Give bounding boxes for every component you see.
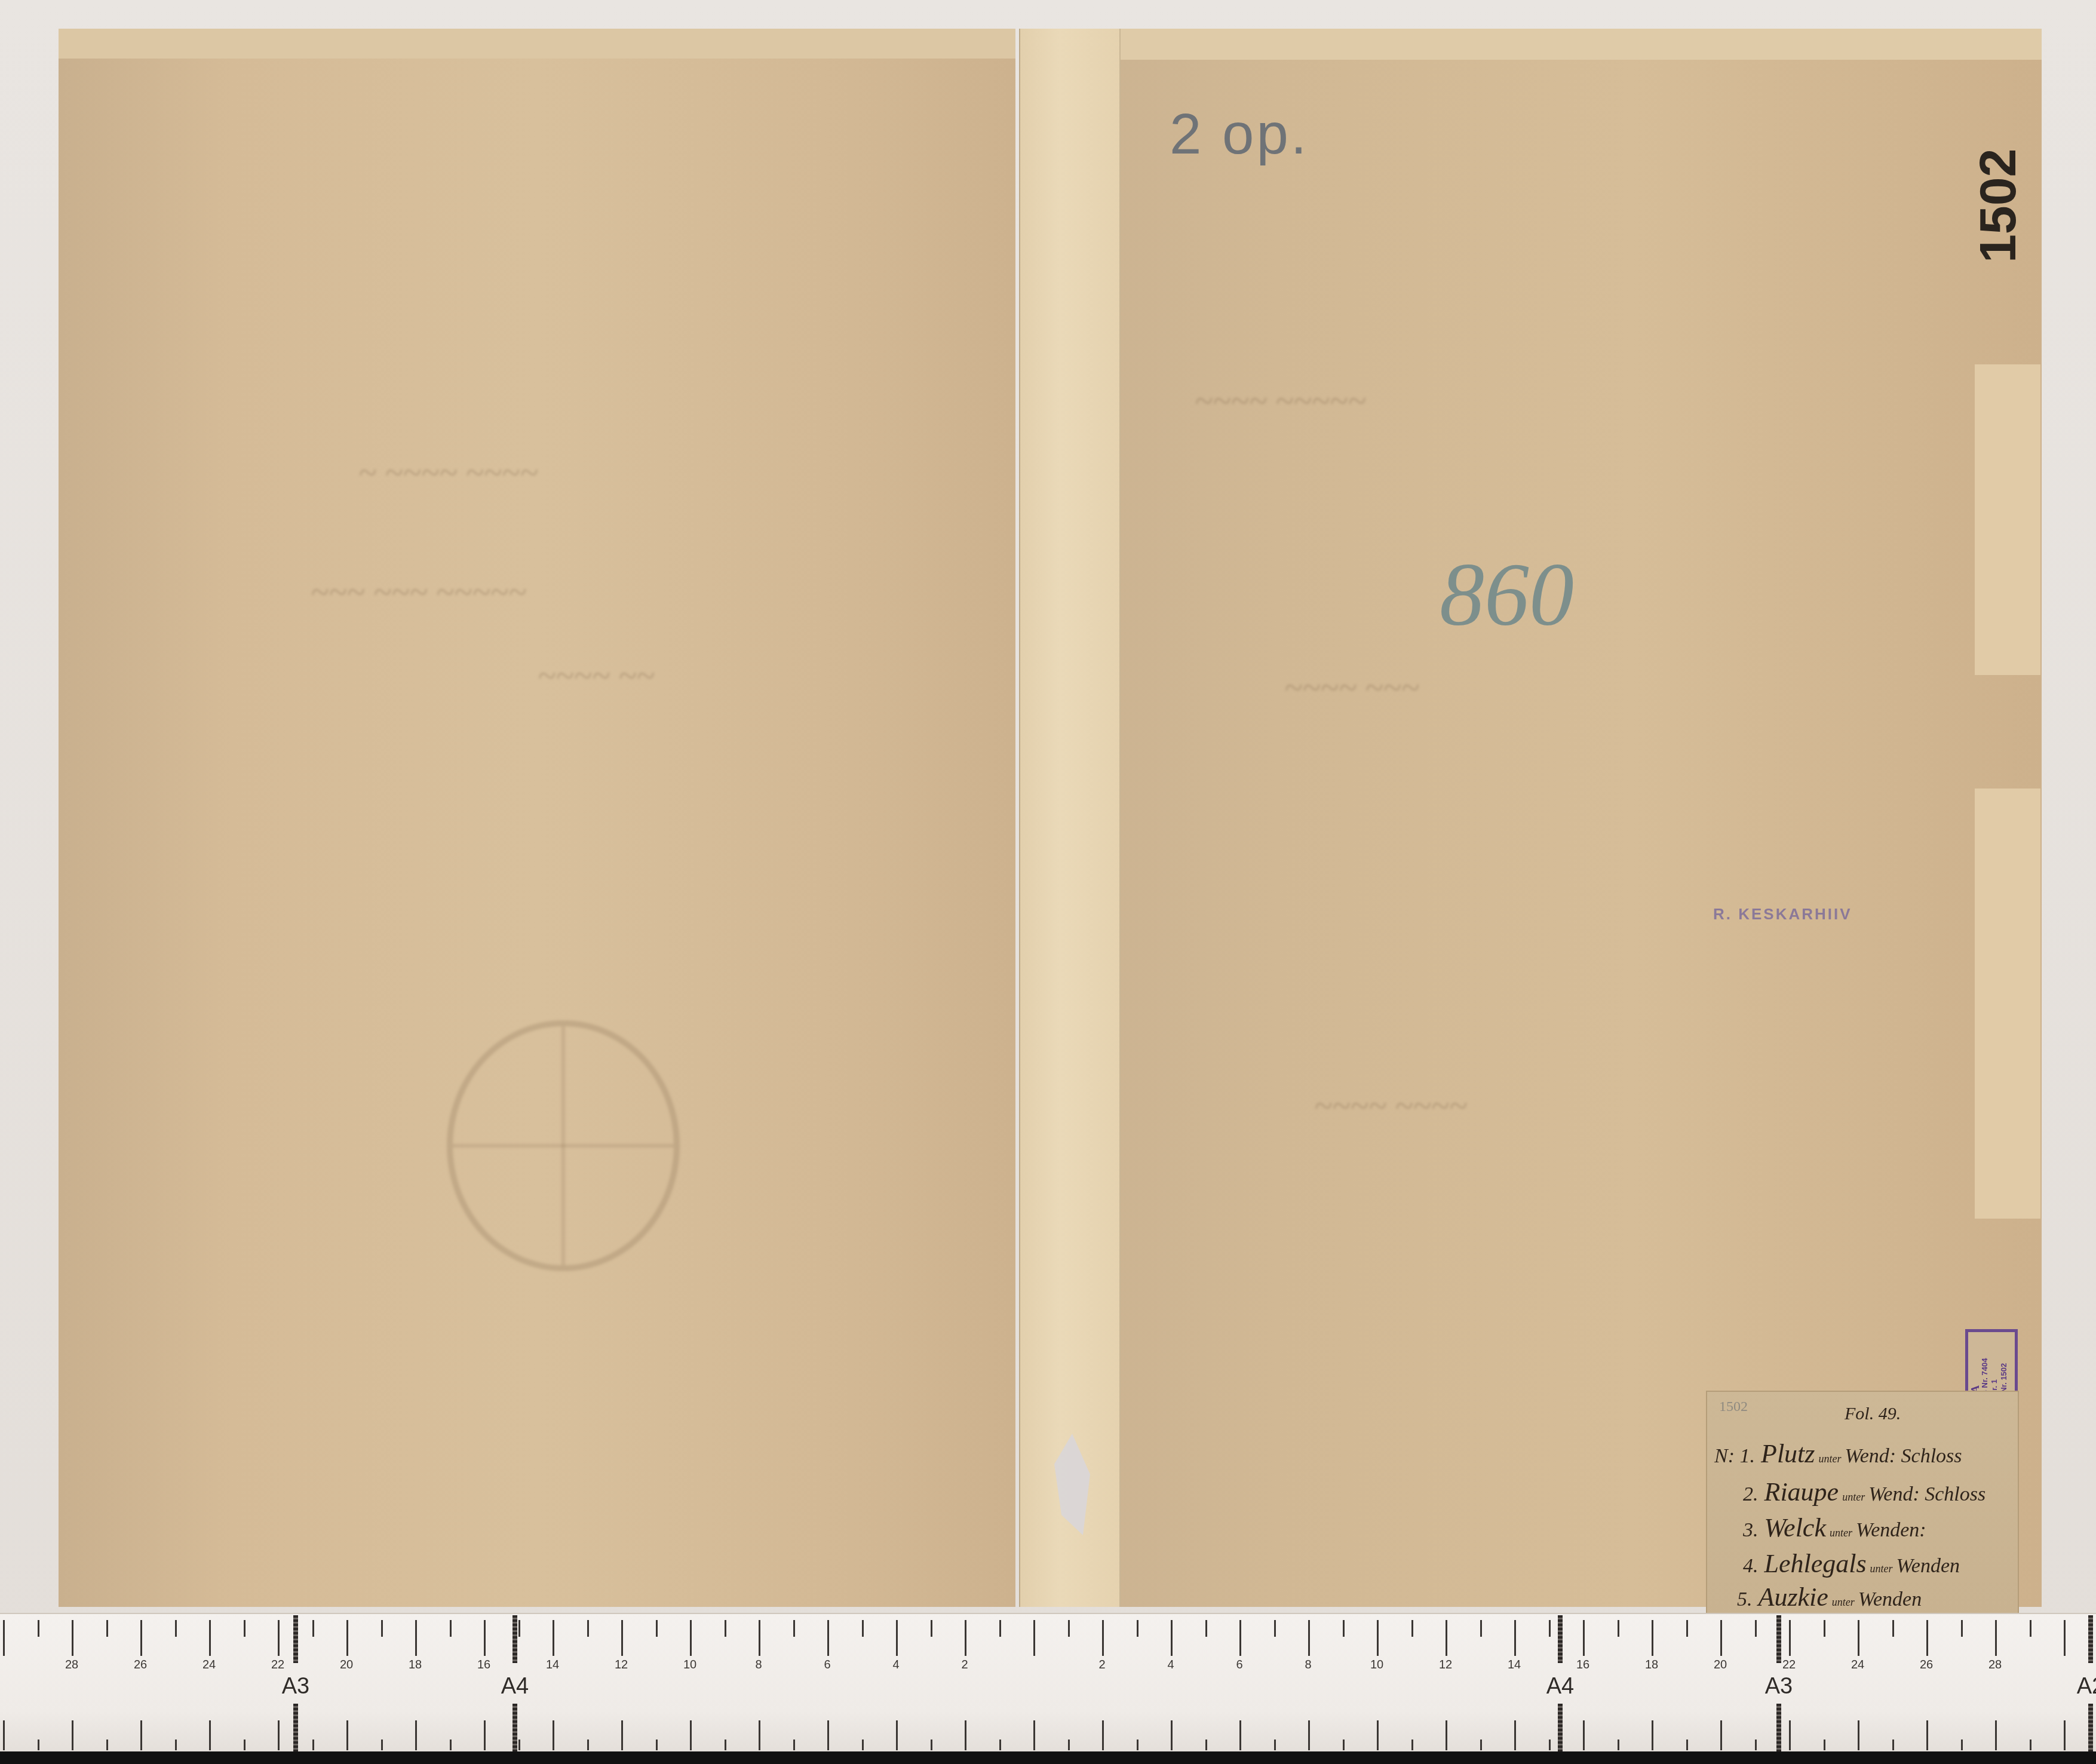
ruler-tick — [1068, 1620, 1070, 1637]
ruler-tick — [1308, 1620, 1310, 1656]
ruler-tick — [2030, 1620, 2031, 1637]
ruler-tick — [1858, 1720, 1859, 1750]
label-entry: 3.WelckunterWenden: — [1743, 1513, 1926, 1543]
ruler-tick — [1618, 1620, 1619, 1637]
ruler-tick — [621, 1620, 623, 1656]
ruler-tick — [690, 1620, 692, 1656]
ruler-tick-label: 4 — [1167, 1658, 1174, 1672]
ruler-tick — [3, 1720, 5, 1750]
ruler-tick — [381, 1620, 383, 1637]
show-through-text: ~~~~ ~~~~~ — [1195, 382, 1366, 421]
ruler-tick-label: 16 — [477, 1658, 490, 1672]
ruler-tick — [1824, 1620, 1825, 1637]
ruler-tick — [278, 1620, 280, 1656]
ruler-tick — [1755, 1620, 1757, 1637]
entry-number: 4. — [1743, 1555, 1759, 1577]
ruler-tick — [896, 1720, 898, 1750]
ruler-tick — [793, 1620, 795, 1637]
ruler-tick — [346, 1720, 348, 1750]
show-through-text: ~~~~ ~~~~ — [1314, 1087, 1467, 1125]
ruler-tick — [1720, 1720, 1722, 1750]
ruler-tick — [896, 1620, 898, 1656]
ruler-tick — [140, 1720, 142, 1750]
scanner-edge — [0, 1751, 2096, 1764]
ruler-tick — [1961, 1740, 1963, 1750]
label-entry: 5.AuzkieunterWenden — [1737, 1582, 1922, 1612]
label-entry: 4.LehlegalsunterWenden — [1743, 1548, 1960, 1579]
ruler-tick-label: 6 — [1236, 1658, 1242, 1672]
ruler-tick-label: 12 — [1439, 1658, 1452, 1672]
catalogue-label: 1502 Fol. 49. N: 1.PlutzunterWend: Schlo… — [1706, 1391, 2019, 1614]
ruler-tick — [278, 1720, 280, 1750]
ruler-tick — [587, 1740, 589, 1750]
entry-sub: unter — [1830, 1527, 1852, 1539]
ruler-tick-label: 2 — [1098, 1658, 1105, 1672]
ruler-tick-label: 14 — [546, 1658, 559, 1672]
ruler-tick — [553, 1620, 554, 1656]
ruler-tick — [415, 1620, 417, 1656]
entry-name: Lehlegals — [1764, 1549, 1867, 1578]
pencil-note-860: 860 — [1440, 544, 1574, 646]
ruler-tick — [1892, 1740, 1894, 1750]
label-folio: Fol. 49. — [1845, 1404, 1901, 1424]
ruler-tick — [827, 1720, 829, 1750]
ruler-tick — [1446, 1620, 1447, 1656]
ruler-tick-label: 6 — [824, 1658, 830, 1672]
ruler-tick-label: 20 — [340, 1658, 353, 1672]
ruler-tick — [862, 1620, 864, 1637]
ruler-tick-label: 12 — [615, 1658, 628, 1672]
ruler-tick — [209, 1720, 211, 1750]
ruler-tick — [656, 1740, 658, 1750]
entry-sub: unter — [1832, 1596, 1855, 1608]
entry-sub: unter — [1842, 1491, 1865, 1503]
ruler-tick — [1652, 1720, 1653, 1750]
ruler-tick — [244, 1740, 245, 1750]
paper-top-strip — [1019, 29, 2042, 60]
ruler-tick-label: 24 — [1851, 1658, 1864, 1672]
purple-line-stamp: R. KESKARHIIV — [1713, 905, 1852, 924]
ruler-tick — [587, 1620, 589, 1637]
entry-place: Wend: Schloss — [1868, 1483, 1985, 1505]
ruler-tick — [484, 1720, 486, 1750]
ink-sheet-number: 1502 — [1969, 143, 2040, 263]
ruler-tick-label: 4 — [892, 1658, 899, 1672]
ruler-tick — [106, 1740, 108, 1750]
ruler-tick — [1480, 1620, 1482, 1637]
ruler-tick — [1789, 1720, 1791, 1750]
ruler-tick — [827, 1620, 829, 1656]
paper-size-label: A3 — [282, 1674, 309, 1699]
ruler-tick — [1411, 1620, 1413, 1637]
map-sheet-left — [59, 29, 1015, 1607]
ruler-tick — [312, 1620, 314, 1637]
ruler-tick — [1480, 1740, 1482, 1750]
ruler-tick — [759, 1620, 760, 1656]
ruler-tick — [1995, 1620, 1997, 1656]
entry-place: Wenden — [1896, 1555, 1960, 1577]
paper-repair-patch — [1975, 364, 2040, 675]
ruler-tick-label: 14 — [1508, 1658, 1521, 1672]
ruler-tick — [1926, 1720, 1928, 1750]
paper-size-mark — [513, 1615, 517, 1663]
paper-repair-patch — [1975, 789, 2040, 1219]
label-entry: N: 1.PlutzunterWend: Schloss — [1714, 1438, 1962, 1469]
ruler-tick — [106, 1620, 108, 1637]
ruler-tick — [1343, 1620, 1345, 1637]
ruler-tick — [1274, 1620, 1276, 1637]
ruler-tick — [2064, 1620, 2066, 1656]
entry-place: Wend: Schloss — [1845, 1445, 1962, 1467]
measurement-ruler: 2826242220181614121086422468101214161820… — [0, 1613, 2096, 1753]
ruler-tick — [1892, 1620, 1894, 1637]
ruler-tick — [484, 1620, 486, 1656]
ruler-tick — [72, 1720, 73, 1750]
paper-size-mark — [293, 1615, 298, 1663]
paper-size-label: A2 — [2077, 1674, 2096, 1699]
ruler-tick — [1137, 1620, 1138, 1637]
ruler-tick — [553, 1720, 554, 1750]
paper-size-mark — [513, 1704, 517, 1751]
entry-number: 2. — [1743, 1483, 1759, 1505]
ruler-tick — [209, 1620, 211, 1656]
paper-size-mark — [1776, 1704, 1781, 1751]
ruler-tick — [1205, 1620, 1207, 1637]
ruler-tick — [1068, 1740, 1070, 1750]
entry-number: N: 1. — [1714, 1445, 1755, 1467]
entry-sub: unter — [1870, 1563, 1893, 1575]
ruler-tick — [518, 1620, 520, 1637]
ruler-tick — [1274, 1740, 1276, 1750]
ruler-tick — [1549, 1740, 1551, 1750]
ruler-tick-label: 16 — [1576, 1658, 1589, 1672]
ruler-tick — [1926, 1620, 1928, 1656]
show-through-text: ~~~ ~~~ ~~~~~ — [311, 573, 526, 612]
ruler-tick — [1583, 1620, 1585, 1656]
compass-rose-show-through — [447, 1020, 680, 1271]
ruler-tick-label: 8 — [1305, 1658, 1311, 1672]
ruler-tick — [999, 1620, 1001, 1637]
ruler-tick — [759, 1720, 760, 1750]
paper-size-label: A4 — [501, 1674, 529, 1699]
ruler-tick — [175, 1740, 177, 1750]
ruler-tick — [72, 1620, 73, 1656]
ruler-tick-label: 26 — [134, 1658, 147, 1672]
show-through-text: ~~~~ ~~~ — [1284, 669, 1419, 707]
ruler-tick — [1411, 1740, 1413, 1750]
ruler-tick-label: 10 — [683, 1658, 696, 1672]
entry-number: 3. — [1743, 1519, 1759, 1541]
pencil-note-2op: 2 op. — [1170, 102, 1309, 167]
ruler-tick — [140, 1620, 142, 1656]
ruler-tick — [725, 1620, 726, 1637]
paper-size-mark — [2088, 1704, 2093, 1751]
ruler-tick — [725, 1740, 726, 1750]
paper-top-strip — [59, 29, 1015, 59]
ruler-tick-label: 10 — [1370, 1658, 1383, 1672]
ruler-tick — [690, 1720, 692, 1750]
center-fold-spine — [1019, 29, 1121, 1607]
ruler-tick-label: 28 — [65, 1658, 78, 1672]
ruler-tick — [793, 1740, 795, 1750]
ruler-tick — [1549, 1620, 1551, 1637]
ruler-tick — [346, 1620, 348, 1656]
entry-name: Welck — [1764, 1513, 1826, 1542]
paper-size-mark — [1558, 1615, 1563, 1663]
ruler-tick — [1824, 1740, 1825, 1750]
ruler-tick — [1755, 1740, 1757, 1750]
ruler-tick — [1789, 1620, 1791, 1656]
ruler-tick — [1239, 1720, 1241, 1750]
ruler-tick — [450, 1620, 452, 1637]
ruler-tick — [1171, 1720, 1173, 1750]
ruler-tick — [1239, 1620, 1241, 1656]
ruler-tick — [1446, 1720, 1447, 1750]
ruler-tick — [1686, 1740, 1688, 1750]
ruler-tick — [1137, 1740, 1138, 1750]
paper-size-label: A4 — [1546, 1674, 1574, 1699]
paper-size-label: A3 — [1765, 1674, 1793, 1699]
ruler-tick — [518, 1740, 520, 1750]
ruler-tick — [1995, 1720, 1997, 1750]
entry-place: Wenden: — [1856, 1519, 1926, 1541]
ruler-tick — [1514, 1720, 1516, 1750]
show-through-text: ~ ~~~~ ~~~~ — [358, 454, 538, 492]
label-pencil-number: 1502 — [1719, 1399, 1748, 1415]
ruler-tick — [621, 1720, 623, 1750]
entry-place: Wenden — [1858, 1588, 1922, 1610]
ruler-tick — [1514, 1620, 1516, 1656]
ruler-tick — [2030, 1740, 2031, 1750]
ruler-tick-label: 18 — [409, 1658, 422, 1672]
ruler-tick — [965, 1620, 966, 1656]
ruler-tick — [862, 1740, 864, 1750]
ruler-tick — [1102, 1720, 1104, 1750]
map-sheet-right — [1019, 29, 2042, 1607]
label-entry: 2.RiaupeunterWend: Schloss — [1743, 1477, 1985, 1507]
paper-size-mark — [2088, 1615, 2093, 1663]
show-through-text: ~~~~ ~~ — [538, 657, 655, 695]
ruler-tick — [1033, 1620, 1035, 1656]
entry-name: Riaupe — [1764, 1477, 1839, 1507]
ruler-tick — [1377, 1720, 1379, 1750]
ruler-tick — [1033, 1720, 1035, 1750]
ruler-tick — [1583, 1720, 1585, 1750]
ruler-tick-label: 24 — [202, 1658, 216, 1672]
entry-sub: unter — [1818, 1453, 1841, 1465]
ruler-tick — [1652, 1620, 1653, 1656]
ruler-tick — [1618, 1740, 1619, 1750]
ruler-tick-label: 22 — [271, 1658, 284, 1672]
paper-size-mark — [1776, 1615, 1781, 1663]
ruler-tick — [175, 1620, 177, 1637]
ruler-tick — [3, 1620, 5, 1656]
ruler-tick — [1205, 1740, 1207, 1750]
entry-name: Auzkie — [1759, 1582, 1828, 1612]
ruler-tick — [931, 1740, 932, 1750]
ruler-tick — [1308, 1720, 1310, 1750]
paper-size-mark — [293, 1704, 298, 1751]
ruler-tick-label: 20 — [1714, 1658, 1727, 1672]
ruler-tick — [931, 1620, 932, 1637]
ruler-tick-label: 22 — [1782, 1658, 1796, 1672]
ruler-tick-label: 18 — [1645, 1658, 1658, 1672]
ruler-tick — [1720, 1620, 1722, 1656]
entry-name: Plutz — [1761, 1439, 1815, 1468]
ruler-tick — [1171, 1620, 1173, 1656]
ruler-tick-label: 2 — [961, 1658, 968, 1672]
paper-size-mark — [1558, 1704, 1563, 1751]
ruler-tick-label: 26 — [1920, 1658, 1933, 1672]
ruler-tick — [312, 1740, 314, 1750]
ruler-tick — [450, 1740, 452, 1750]
ruler-tick — [1102, 1620, 1104, 1656]
ruler-tick — [244, 1620, 245, 1637]
ruler-tick — [999, 1740, 1001, 1750]
ruler-tick — [1686, 1620, 1688, 1637]
ruler-tick — [2064, 1720, 2066, 1750]
ruler-tick — [656, 1620, 658, 1637]
ruler-tick — [1858, 1620, 1859, 1656]
entry-number: 5. — [1737, 1588, 1753, 1610]
ruler-tick — [415, 1720, 417, 1750]
ruler-tick — [1961, 1620, 1963, 1637]
ruler-tick — [965, 1720, 966, 1750]
ruler-tick — [38, 1740, 39, 1750]
ruler-tick — [38, 1620, 39, 1637]
ruler-tick — [1377, 1620, 1379, 1656]
ruler-tick-label: 28 — [1988, 1658, 2002, 1672]
ruler-tick — [1343, 1740, 1345, 1750]
ruler-tick — [381, 1740, 383, 1750]
ruler-tick-label: 8 — [755, 1658, 762, 1672]
